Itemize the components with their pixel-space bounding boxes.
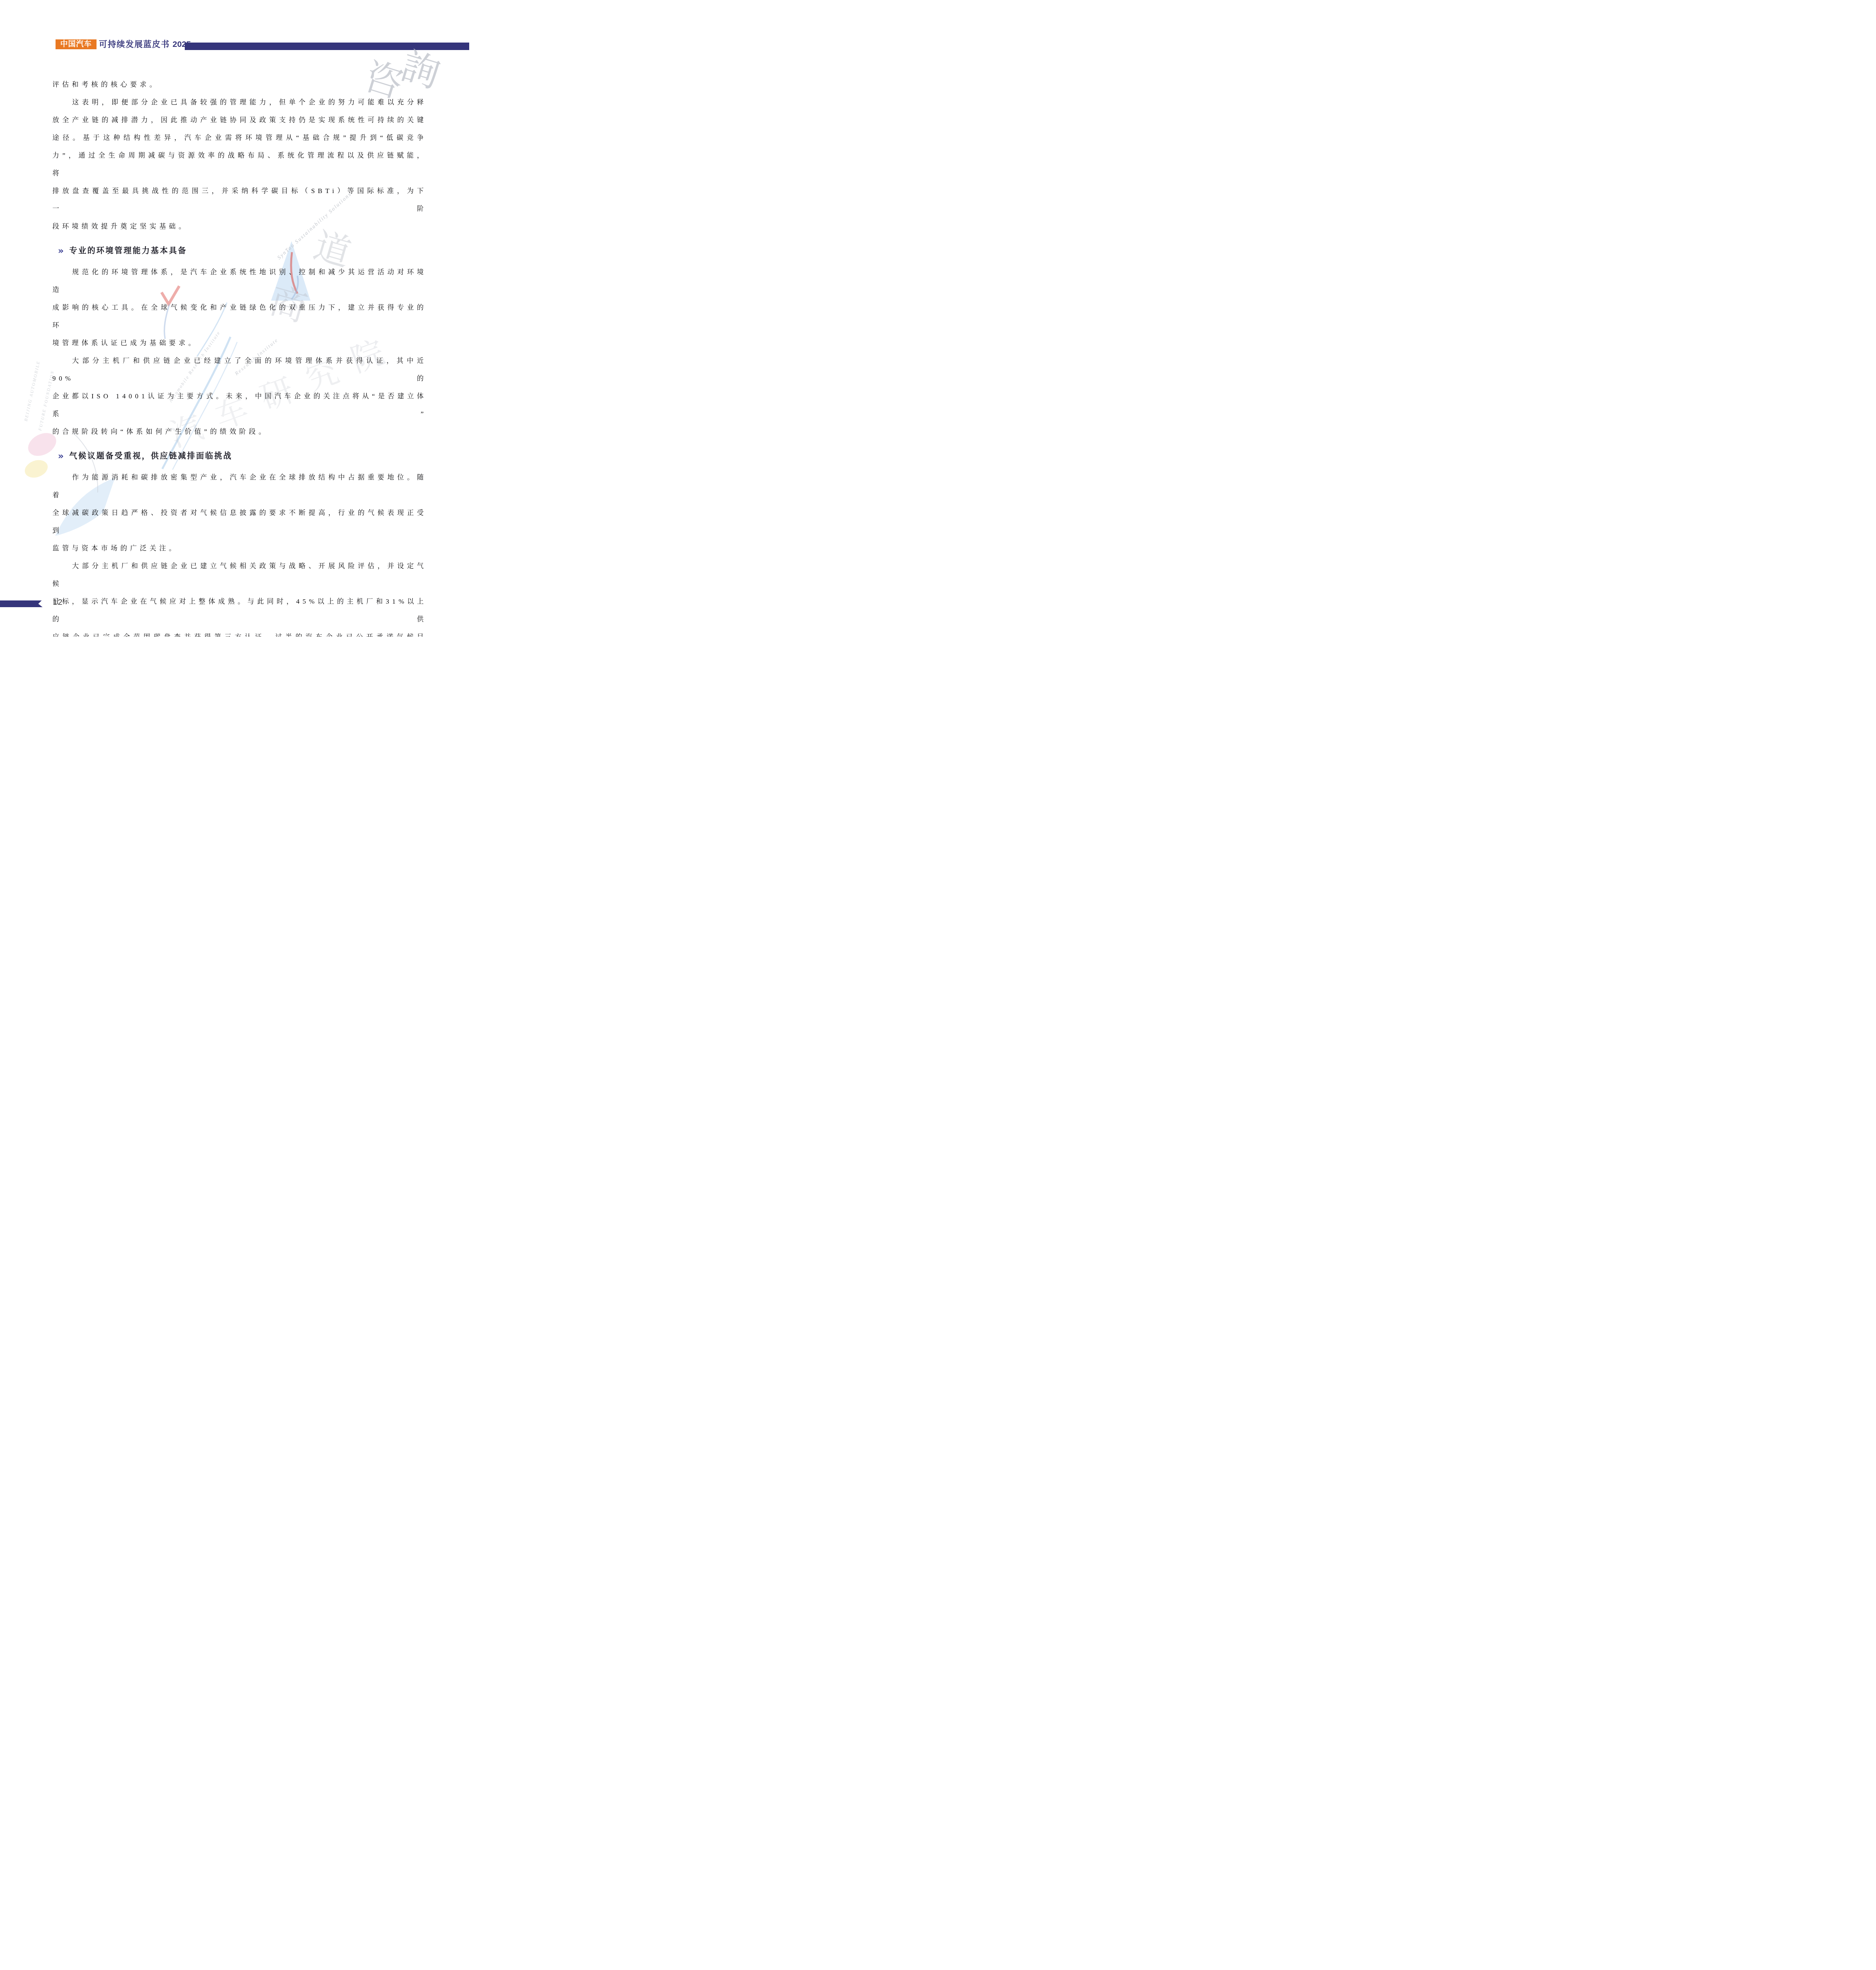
body-line: 段环境绩效提升奠定坚实基础。 [52, 217, 427, 235]
body-line: 成影响的核心工具。在全球气候变化和产业链绿色化的双重压力下，建立并获得专业的环 [52, 299, 427, 334]
foundation-watermark-latin: BEIJING AUTOMOBILE [24, 360, 41, 422]
body-line: 放全产业链的减排潜力，因此推动产业链协同及政策支持仍是实现系统性可持续的关键 [52, 111, 427, 129]
book-title: 可持续发展蓝皮书 [99, 40, 170, 49]
body-line: 全球减碳政策日趋严格、投资者对气候信息披露的要求不断提高，行业的气候表现正受到 [52, 504, 427, 539]
section-heading: » 专业的环境管理能力基本具备 [52, 242, 427, 260]
header-rule-bar [185, 43, 469, 50]
footer-ribbon [0, 600, 43, 607]
foundation-yellow-blob-icon [22, 457, 50, 481]
body-line: 监管与资本市场的广泛关注。 [52, 539, 427, 557]
chevron-marker-icon: » [58, 452, 64, 461]
document-page: 商 道 咨 詢 SynTao Sustainability Solutions … [0, 0, 469, 637]
body-line: 途径。基于这种结构性差异，汽车企业需将环境管理从“基础合规”提升到“低碳竞争 [52, 129, 427, 147]
series-badge: 中国汽车 [56, 39, 97, 49]
body-line: 规范化的环境管理体系，是汽车企业系统性地识别、控制和减少其运营活动对环境造 [52, 263, 427, 299]
body-line: 应链企业已完成全范围碳盘查并获得第三方认证，过半的汽车企业已公开承诺气候目标。 [52, 628, 427, 637]
section-heading: » 气候议题备受重视，供应链减排面临挑战 [52, 448, 427, 465]
chevron-marker-icon: » [58, 247, 64, 256]
body-line: 评估和考核的核心要求。 [52, 76, 427, 93]
body-line: 力”，通过全生命周期减碳与资源效率的战略布局、系统化管理流程以及供应链赋能，将 [52, 147, 427, 182]
section-heading-text: 气候议题备受重视，供应链减排面临挑战 [69, 448, 232, 465]
body-line: 企业都以ISO 14001认证为主要方式。未来，中国汽车企业的关注点将从“是否建… [52, 387, 427, 423]
series-badge-label: 中国汽车 [60, 40, 92, 48]
body-line: 境管理体系认证已成为基础要求。 [52, 334, 427, 352]
body-line: 排放盘查覆盖至最具挑战性的范围三，并采纳科学碳目标（SBTi）等国际标准，为下一… [52, 182, 427, 217]
body-line: 作为能源消耗和碳排放密集型产业，汽车企业在全球排放结构中占据重要地位。随着 [52, 468, 427, 504]
body-line: 这表明，即便部分企业已具备较强的管理能力，但单个企业的努力可能难以充分释 [52, 93, 427, 111]
page-title: 可持续发展蓝皮书2025 [99, 39, 191, 50]
body-line: 大部分主机厂和供应链企业已经建立了全面的环境管理体系并获得认证，其中近90%的 [52, 352, 427, 387]
section-heading-text: 专业的环境管理能力基本具备 [69, 242, 187, 260]
body-text: 评估和考核的核心要求。 这表明，即便部分企业已具备较强的管理能力，但单个企业的努… [52, 76, 427, 637]
body-line: 大部分主机厂和供应链企业已建立气候相关政策与战略、开展风险评估，并设定气候 [52, 557, 427, 593]
body-line: 的合规阶段转向“体系如何产生价值”的绩效阶段。 [52, 423, 427, 440]
body-line: 目标，显示汽车企业在气候应对上整体成熟。与此同时，45%以上的主机厂和31%以上… [52, 593, 427, 628]
